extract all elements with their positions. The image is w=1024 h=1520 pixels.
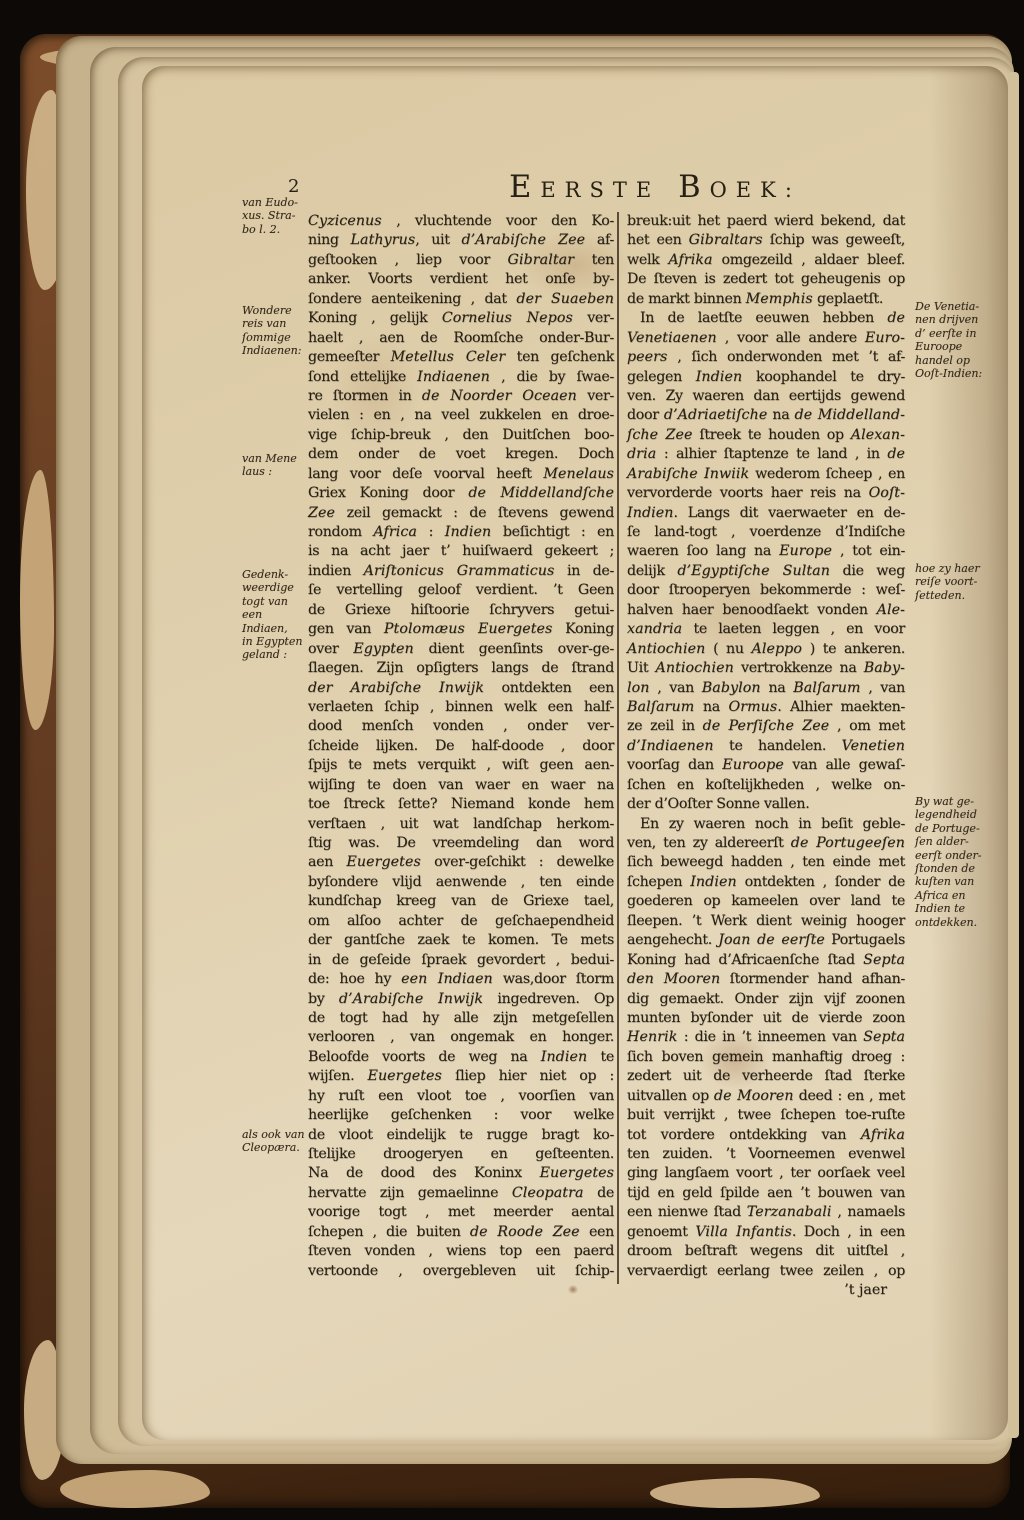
text-line: ven. Zy waeren dan eertijds gewend [627, 387, 905, 406]
text-line: ſchepen , die buiten de Roode Zee een [308, 1223, 614, 1242]
text-line: indien Ariſtonicus Grammaticus in de- [308, 562, 614, 581]
text-line: Venetiaenen , voor alle andere Euro- [627, 329, 905, 348]
text-line: delijk d’Egyptiſche Sultan die weg [627, 562, 905, 581]
text-line: lang voor deſe voorval heeft Menelaus [308, 465, 614, 484]
text-line: de Griexe hiſtoorie ſchryvers getui- [308, 601, 614, 620]
column-divider-rule [617, 212, 619, 1284]
text-line: om alſoo achter de geſchaependheid [308, 912, 614, 931]
text-line: de markt binnen Memphis geplaetſt. [627, 290, 905, 309]
text-line: kundſchap kreeg van de Griexe tael, [308, 892, 614, 911]
text-line: In de laetſte eeuwen hebben de [627, 309, 905, 328]
text-line: geſtooken , liep voor Gibraltar ten [308, 251, 614, 270]
gutter-shadow [930, 66, 1008, 1440]
text-line: der Arabiſche Inwijk ontdekten een [308, 679, 614, 698]
text-line: goederen op kameelen over land te [627, 892, 905, 911]
text-line: byſondere vlijd aenwende , ten einde [308, 873, 614, 892]
text-line: dig gemaekt. Onder zijn vijf zoonen [627, 990, 905, 1009]
text-line: wijſen. Euergetes ſliep hier niet op : [308, 1067, 614, 1086]
text-line: in de geſeide ſpraek gevordert , bedui- [308, 951, 614, 970]
background-right-edge [1019, 0, 1024, 1520]
text-line: der gantſche zaek te komen. Te mets [308, 931, 614, 950]
text-line: gemeeſter Metellus Celer ten geſchenk [308, 348, 614, 367]
text-line: anker. Voorts verdient het onſe by- [308, 270, 614, 289]
text-line: het een Gibraltars ſchip was geweeſt, [627, 231, 905, 250]
next-page-edge [1008, 72, 1019, 1438]
text-line: Cyzicenus , vluchtende voor den Ko- [308, 212, 614, 231]
text-column-right: breuk:uit het paerd wierd bekend, dathet… [627, 212, 905, 1281]
text-line: Koning had d’Africaenſche ſtad Septa [627, 951, 905, 970]
text-line: den Mooren ſtormender hand afhan- [627, 970, 905, 989]
text-line: is na acht jaer t’ huiſwaerd gekeert ; [308, 542, 614, 561]
page-number: 2 [288, 176, 299, 197]
text-line: hervatte zijn gemaelinne Cleopatra de [308, 1184, 614, 1203]
text-line: de vloot eindelijk te rugge bragt ko- [308, 1126, 614, 1145]
text-line: ſich boven gemein manhaftig droeg : [627, 1048, 905, 1067]
text-line: Henrik : die in ’t inneemen van Septa [627, 1028, 905, 1047]
header-word: EERSTE [509, 170, 660, 205]
text-line: xandria te laeten leggen , en voor [627, 620, 905, 639]
text-line: halven haer benoodſaekt vonden Ale- [627, 601, 905, 620]
text-line: vervaerdigt eerlang twee zeilen , op [627, 1262, 905, 1281]
text-line: ſleepen. ’t Werk dient weinig hooger [627, 912, 905, 931]
text-line: buit verrijkt , twee ſchepen toe-ruſte [627, 1106, 905, 1125]
text-line: Beloofde voorts de weg na Indien te [308, 1048, 614, 1067]
text-line: ſe vertelling geloof verdient. ’t Geen [308, 581, 614, 600]
text-line: Uit Antiochien vertrokkenze na Baby- [627, 659, 905, 678]
text-line: tot vordere ontdekking van Afrika [627, 1126, 905, 1145]
text-line: Na de dood des Koninx Euergetes [308, 1164, 614, 1183]
text-line: ning Lathyrus, uit d’Arabiſche Zee af- [308, 231, 614, 250]
torn-edge-bottom-right [650, 1478, 820, 1508]
text-line: Antiochien ( nu Aleppo ) te ankeren. [627, 640, 905, 659]
text-line: tijd en geld ſpilde aen ’t bouwen van [627, 1184, 905, 1203]
header-word: BOEK: [678, 170, 801, 205]
text-line: over Egypten dient geenſints over-ge- [308, 640, 614, 659]
text-line: uitvallen op de Mooren deed : en , met [627, 1087, 905, 1106]
paper-stain [568, 1285, 578, 1294]
torn-edge-bottom-left [60, 1470, 210, 1508]
torn-edge-left-middle [20, 470, 54, 730]
text-line: dem onder de voet kregen. Doch [308, 445, 614, 464]
running-header: EERSTEBOEK: [420, 170, 890, 205]
text-line: rondom Africa : Indien beſichtigt : en [308, 523, 614, 542]
catchword: ’t jaer [627, 1282, 887, 1298]
text-line: Griex Koning door de Middellandſche [308, 484, 614, 503]
text-line: welk Afrika omgezeild , aldaer bleef. [627, 251, 905, 270]
text-line: ſchepen Indien ontdekten , ſonder de [627, 873, 905, 892]
text-line: verlaeten ſchip , binnen welk een half- [308, 698, 614, 717]
text-line: der d’Ooſter Sonne vallen. [627, 795, 905, 814]
text-line: een nienwe ſtad Terzanabali , namaels [627, 1203, 905, 1222]
text-line: verlooren , van ongemak en honger. [308, 1028, 614, 1047]
text-line: ſich beweegd hadden , ten einde met [627, 853, 905, 872]
text-line: ſtig was. De vreemdeling dan word [308, 834, 614, 853]
text-line: verſtaen , uit wat landſchap herkom- [308, 815, 614, 834]
text-line: voorſag dan Euroope van alle gewaſ- [627, 756, 905, 775]
text-line: dria : alhier ſtaptenze te land , in de [627, 445, 905, 464]
text-line: ſche Zee ſtreek te houden op Alexan- [627, 426, 905, 445]
text-line: breuk:uit het paerd wierd bekend, dat [627, 212, 905, 231]
text-line: vielen : en , na veel zukkelen en droe- [308, 406, 614, 425]
text-line: lon , van Babylon na Balſarum , van [627, 679, 905, 698]
scanned-book-photo: { "book": { "page_number": "2", "running… [0, 0, 1024, 1520]
text-line: ſtelijke droogeryen en geſteenten. [308, 1145, 614, 1164]
text-line: genoemt Villa Infantis. Doch , in een [627, 1223, 905, 1242]
text-line: munten byſonder uit de vierde zoon [627, 1009, 905, 1028]
text-line: hy ruſt een vloot toe , voorſien van [308, 1087, 614, 1106]
text-line: ven, ten zy aldereerſt de Portugeeſen [627, 834, 905, 853]
text-line: waeren ſoo lang na Europe , tot ein- [627, 542, 905, 561]
text-line: aen Euergetes over-geſchikt : dewelke [308, 853, 614, 872]
text-line: ze zeil in de Perſiſche Zee , om met [627, 717, 905, 736]
text-column-left: Cyzicenus , vluchtende voor den Ko-ning … [308, 212, 614, 1281]
text-line: haelt , aen de Roomſche onder-Bur- [308, 329, 614, 348]
text-line: En zy waeren noch in beſit geble- [627, 815, 905, 834]
text-line: re ſtormen in de Noorder Oceaen ver- [308, 387, 614, 406]
text-line: vervorderde voorts haer reis na Ooſt- [627, 484, 905, 503]
text-line: Balſarum na Ormus. Alhier maekten- [627, 698, 905, 717]
text-line: vige ſchip-breuk , den Duitſchen boo- [308, 426, 614, 445]
text-line: aengehecht. Joan de eerſte Portugaels [627, 931, 905, 950]
text-line: ſondere aenteikening , dat der Suaeben [308, 290, 614, 309]
text-line: d’Indiaenen te handelen. Venetien [627, 737, 905, 756]
text-line: Arabiſche Inwiik wederom ſcheep , en [627, 465, 905, 484]
text-line: de: hoe hy een Indiaen was,door ſtorm [308, 970, 614, 989]
text-line: ſchen en koſtelijkheden , welke on- [627, 776, 905, 795]
text-line: heerlijke geſchenken : voor welke [308, 1106, 614, 1125]
text-line: ſteven vonden , wiens top een paerd [308, 1242, 614, 1261]
text-line: de togt had hy alle zijn metgeſellen [308, 1009, 614, 1028]
text-line: Zee zeil gemackt : de ſtevens gewend [308, 504, 614, 523]
text-line: droom beſtraft wegens dit uitſtel , [627, 1242, 905, 1261]
text-line: voorige togt , met meerder aental [308, 1203, 614, 1222]
text-line: ſe land-togt , voerdenze d’Indiſche [627, 523, 905, 542]
text-line: Indien. Langs dit vaerwaeter en de- [627, 504, 905, 523]
text-line: door ſtrooperyen bekommerde : weſ- [627, 581, 905, 600]
text-line: door d’Adriaetiſche na de Middelland- [627, 406, 905, 425]
text-line: zedert uit de verheerde ſtad ſterke [627, 1067, 905, 1086]
text-line: ſlaegen. Zijn opſigters langs de ſtrand [308, 659, 614, 678]
text-line: ging langſaem voort , ter oorſaek veel [627, 1164, 905, 1183]
text-line: De ſteven is zedert tot geheugenis op [627, 270, 905, 289]
text-line: dood menſch vonden , onder ver- [308, 717, 614, 736]
text-line: wijſing te doen van waer en waer na [308, 776, 614, 795]
text-line: ten zuiden. ’t Voorneemen evenwel [627, 1145, 905, 1164]
text-line: vertoonde , overgebleven uit ſchip- [308, 1262, 614, 1281]
text-line: gen van Ptolomæus Euergetes Koning [308, 620, 614, 639]
text-line: gelegen Indien koophandel te dry- [627, 368, 905, 387]
text-line: Koning , gelijk Cornelius Nepos ver- [308, 309, 614, 328]
text-line: ſond ettelijke Indiaenen , die by ſwae- [308, 368, 614, 387]
text-line: by d’Arabiſche Inwijk ingedreven. Op [308, 990, 614, 1009]
text-line: peers , ſich onderwonden met ’t af- [627, 348, 905, 367]
text-line: ſcheide lijken. De half-doode , door [308, 737, 614, 756]
text-line: ſpijs te mets verquikt , wiſt geen aen- [308, 756, 614, 775]
text-line: toe ſtreck ſette? Niemand konde hem [308, 795, 614, 814]
